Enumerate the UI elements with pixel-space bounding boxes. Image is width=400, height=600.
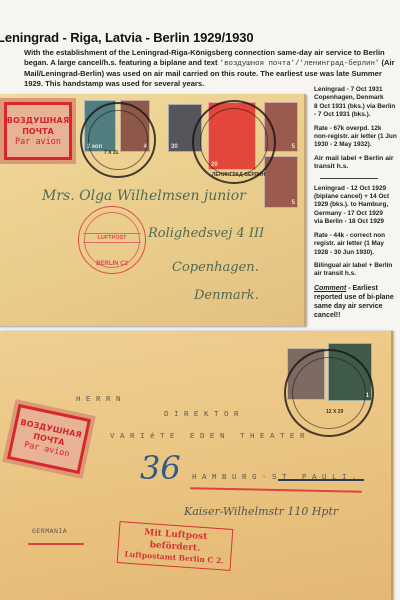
intro-paragraph: With the establishment of the Leningrad-…	[24, 48, 396, 89]
cover-2-address-city: HAMBURG-ST PAULI.	[192, 474, 362, 482]
cover-1-biplane-cancel-left: 7 X 31	[80, 102, 156, 178]
red-underline-city	[190, 487, 362, 493]
cover-1-address-street: Rolighedsvej 4 III	[148, 226, 264, 241]
exhibit-notes: Leningrad - 7 Oct 1931 Copenhagen, Denma…	[314, 86, 400, 325]
cover-1-air-label: ВОЗДУШНАЯ ПОЧТА Par avion	[0, 98, 76, 164]
cover-2-label-note: Bilingual air label + Berlin air transit…	[314, 262, 400, 279]
cover-2-address-theater: VARIéTE EDEN THEATER	[110, 433, 310, 441]
cover-1-rate: Rate - 67k overpd. 12k non-registr. air …	[314, 125, 400, 150]
cover-2-rate: Rate - 44k - correct non registr. air le…	[314, 232, 400, 257]
cover-2-envelope: 1 12 X 29 HERRN DIREKTOR VARIéTE EDEN TH…	[0, 331, 393, 600]
air-label-line1: ВОЗДУШНАЯ	[7, 115, 70, 126]
cover-1-addressee-name: Mrs. Olga Wilhelmsen junior	[42, 188, 246, 204]
page-title: Leningrad - Riga, Latvia - Berlin 1929/1…	[0, 30, 254, 45]
cover-2-route: Leningrad - 12 Oct 1929 (biplane cancel)…	[314, 185, 400, 227]
cover-2-comment: Comment - Earliest reported use of bi-pl…	[314, 284, 398, 320]
cover-1-envelope: ВОЗДУШНАЯ ПОЧТА Par avion 3 коп 4 30 20 …	[0, 94, 306, 326]
cover-2-address-direktor: DIREKTOR	[164, 411, 244, 419]
red-underline-country	[28, 543, 84, 545]
cover-1-label-note: Air mail label + Berlin air transit h.s.	[314, 155, 400, 172]
cover-2-air-label: ВОЗДУШНАЯ ПОЧТА Par avion	[2, 399, 96, 479]
cover-2-address-country: GERMANIA	[32, 528, 67, 535]
air-label-line2: ПОЧТА	[22, 126, 54, 137]
cover-1-berlin-transit-cancel: LUFTPOST BERLIN C2	[78, 206, 146, 274]
strikethrough-st-pauli	[278, 479, 364, 481]
cover-1-address-country: Denmark.	[194, 288, 259, 303]
cover-2-handwritten-number: 36	[140, 449, 181, 487]
cover-1-address-city: Copenhagen.	[172, 260, 259, 275]
cover-2-address-herrn: HERRN	[76, 396, 126, 404]
intro-cyrillic: 'воздушноя почта'/'ленинград-берлин'	[220, 60, 380, 68]
cover-2-biplane-cancel: 12 X 29	[284, 349, 374, 437]
notes-divider	[320, 178, 378, 179]
cover-1-biplane-cancel-right: ЛЕНИНГРАД-БЕРЛИН	[192, 100, 276, 184]
cover-2-luftpost-handstamp: Mit Luftpost befördert. Luftpostamt Berl…	[117, 521, 234, 571]
cover-2-handwritten-street: Kaiser-Wilhelmstr 110 Hptr	[184, 505, 338, 518]
air-label-line3: Par avion	[15, 137, 61, 148]
cover-1-route: Leningrad - 7 Oct 1931 Copenhagen, Denma…	[314, 86, 400, 120]
